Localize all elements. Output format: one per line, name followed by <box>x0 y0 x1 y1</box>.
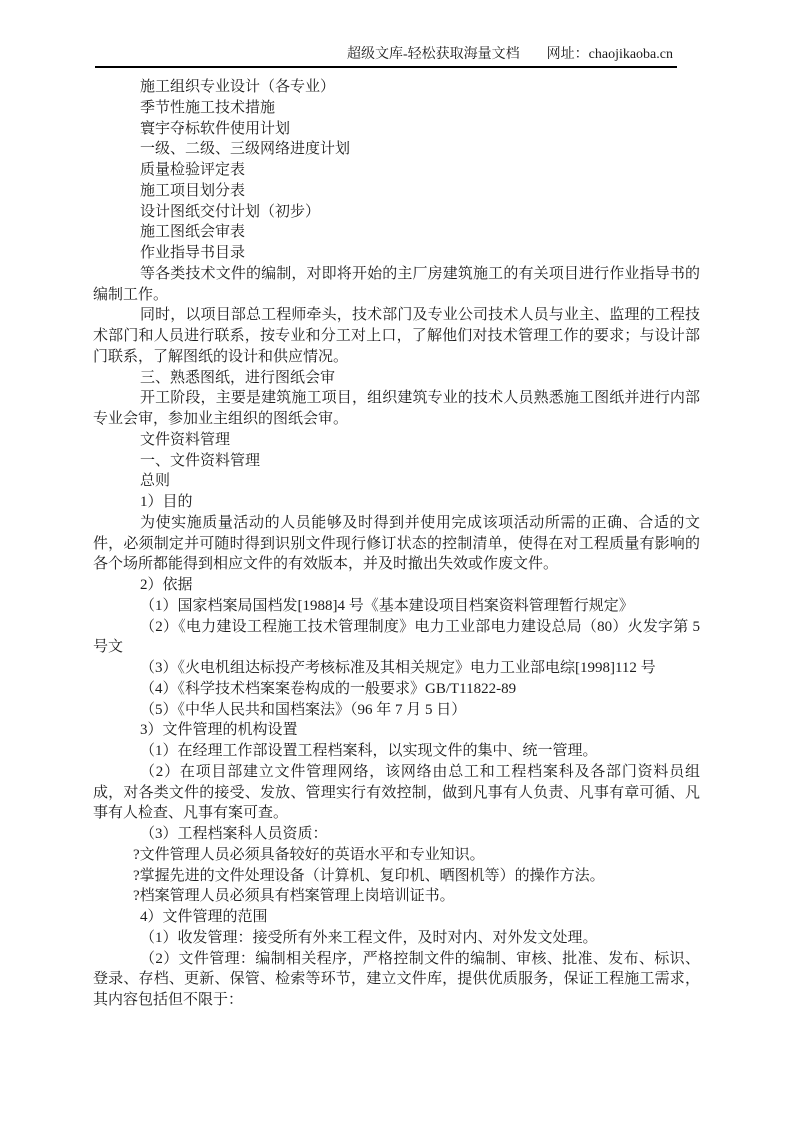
paragraph: ?掌握先进的文件处理设备（计算机、复印机、晒图机等）的操作方法。 <box>93 866 700 887</box>
paragraph: 1）目的 <box>93 492 700 513</box>
header-brand-text: 超级文库-轻松获取海量文档 <box>347 46 520 63</box>
paragraph: （5）《中华人民共和国档案法》（96 年 7 月 5 日） <box>93 700 700 721</box>
header-site-group: 网址：chaojikaoba.cn <box>547 46 673 63</box>
page-header: 超级文库-轻松获取海量文档 网址：chaojikaoba.cn <box>95 0 677 68</box>
document-body: 施工组织专业设计（各专业）季节性施工技术措施寰宇夺标软件使用计划一级、二级、三级… <box>93 77 700 1011</box>
paragraph: 4）文件管理的范围 <box>93 907 700 928</box>
header-url: chaojikaoba.cn <box>589 47 673 62</box>
paragraph: （2）文件管理：编制相关程序，严格控制文件的编制、审核、批准、发布、标识、登录、… <box>93 949 700 1011</box>
paragraph: 一级、二级、三级网络进度计划 <box>93 139 700 160</box>
paragraph: （2）《电力建设工程施工技术管理制度》电力工业部电力建设总局（80）火发字第 5… <box>93 617 700 659</box>
paragraph: 等各类技术文件的编制，对即将开始的主厂房建筑施工的有关项目进行作业指导书的编制工… <box>93 264 700 306</box>
paragraph: 施工图纸会审表 <box>93 222 700 243</box>
paragraph: 设计图纸交付计划（初步） <box>93 202 700 223</box>
paragraph: ?档案管理人员必须具有档案管理上岗培训证书。 <box>93 886 700 907</box>
paragraph: （2）在项目部建立文件管理网络，该网络由总工和工程档案科及各部门资料员组成，对各… <box>93 762 700 824</box>
paragraph: （3）《火电机组达标投产考核标准及其相关规定》电力工业部电综[1998]112 … <box>93 658 700 679</box>
paragraph: 寰宇夺标软件使用计划 <box>93 119 700 140</box>
paragraph: 施工项目划分表 <box>93 181 700 202</box>
paragraph: 作业指导书目录 <box>93 243 700 264</box>
header-text-row: 超级文库-轻松获取海量文档 网址：chaojikaoba.cn <box>95 46 677 68</box>
header-url-label: 网址： <box>547 47 589 62</box>
paragraph: 三、熟悉图纸，进行图纸会审 <box>93 368 700 389</box>
paragraph: （4）《科学技术档案案卷构成的一般要求》GB/T11822-89 <box>93 679 700 700</box>
paragraph: （1）在经理工作部设置工程档案科，以实现文件的集中、统一管理。 <box>93 741 700 762</box>
paragraph: ?文件管理人员必须具备较好的英语水平和专业知识。 <box>93 845 700 866</box>
paragraph: 同时，以项目部总工程师牵头，技术部门及专业公司技术人员与业主、监理的工程技术部门… <box>93 305 700 367</box>
paragraph: 一、文件资料管理 <box>93 451 700 472</box>
paragraph: 文件资料管理 <box>93 430 700 451</box>
document-page: 超级文库-轻松获取海量文档 网址：chaojikaoba.cn 施工组织专业设计… <box>0 0 793 1122</box>
paragraph: 质量检验评定表 <box>93 160 700 181</box>
paragraph: 施工组织专业设计（各专业） <box>93 77 700 98</box>
paragraph: 季节性施工技术措施 <box>93 98 700 119</box>
paragraph: 总则 <box>93 471 700 492</box>
paragraph: （3）工程档案科人员资质： <box>93 824 700 845</box>
paragraph: （1）国家档案局国档发[1988]4 号《基本建设项目档案资料管理暂行规定》 <box>93 596 700 617</box>
paragraph: （1）收发管理：接受所有外来工程文件，及时对内、对外发文处理。 <box>93 928 700 949</box>
paragraph: 2）依据 <box>93 575 700 596</box>
paragraph: 开工阶段，主要是建筑施工项目，组织建筑专业的技术人员熟悉施工图纸并进行内部专业会… <box>93 388 700 430</box>
paragraph: 为使实施质量活动的人员能够及时得到并使用完成该项活动所需的正确、合适的文件，必须… <box>93 513 700 575</box>
paragraph: 3）文件管理的机构设置 <box>93 720 700 741</box>
